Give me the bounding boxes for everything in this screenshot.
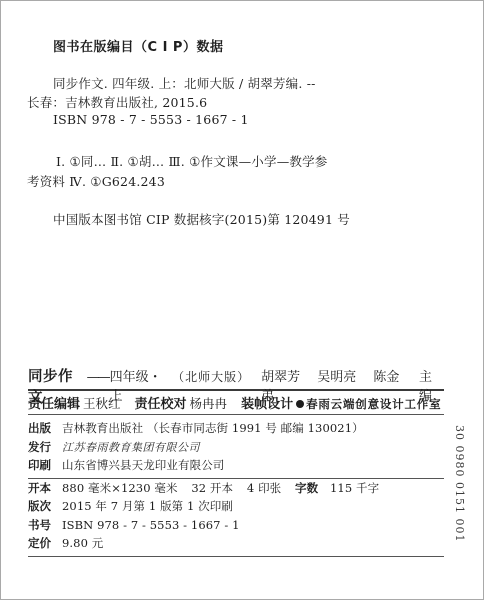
info-row-isbn: 书号 ISBN 978 - 7 - 5553 - 1667 - 1 — [28, 517, 444, 536]
word-count-label: 字数 — [295, 481, 318, 495]
cip-line-title: 同步作文. 四年级. 上：北师大版 / 胡翠芳编. -- — [53, 74, 316, 92]
info-row-publisher: 出版 吉林教育出版社 （长春市同志街 1991 号 邮编 130021） — [28, 420, 444, 439]
author: 吴明亮 — [317, 370, 356, 385]
side-serial-number: 30 0980 0151 001 — [453, 425, 466, 542]
info-label: 版次 — [28, 498, 62, 514]
info-row-printer: 印刷 山东省博兴县天龙印业有限公司 — [28, 457, 444, 476]
cip-line-publisher: 长春：吉林教育出版社, 2015.6 — [27, 93, 207, 111]
info-value: 2015 年 7 月第 1 版第 1 次印刷 — [62, 498, 233, 514]
credit-label-proofreader: 责任校对 — [135, 393, 187, 412]
word-count: 115 千字 — [330, 481, 379, 495]
credit-value-proofreader: 杨冉冉 — [190, 394, 228, 412]
info-value: 9.80 元 — [62, 535, 103, 551]
info-label: 开本 — [28, 480, 62, 496]
divider — [28, 478, 444, 479]
colophon-title: 同步作文 —— 四年级・上 （北师大版） 胡翠芳 吴明亮 陈金弟 主编 — [28, 365, 444, 387]
info-value: 880 毫米×1230 毫米 32 开本 4 印张 字数 115 千字 — [62, 480, 379, 496]
info-value: 吉林教育出版社 （长春市同志街 1991 号 邮编 130021） — [62, 420, 364, 436]
colophon: 同步作文 —— 四年级・上 （北师大版） 胡翠芳 吴明亮 陈金弟 主编 责任编辑… — [28, 365, 444, 558]
author: 胡翠芳 — [261, 370, 300, 385]
credit-label-design: 装帧设计 — [241, 393, 293, 412]
design-logo-icon — [296, 400, 304, 408]
info-label: 书号 — [28, 517, 62, 533]
info-value: ISBN 978 - 7 - 5553 - 1667 - 1 — [62, 518, 240, 532]
info-label: 定价 — [28, 535, 62, 551]
title-dash: —— — [87, 370, 109, 385]
divider — [28, 556, 444, 557]
credit-value-editor: 王秋红 — [83, 394, 121, 412]
info-label: 印刷 — [28, 457, 62, 473]
info-row-edition: 版次 2015 年 7 月第 1 版第 1 次印刷 — [28, 498, 444, 517]
info-row-format: 开本 880 毫米×1230 毫米 32 开本 4 印张 字数 115 千字 — [28, 480, 444, 499]
book-edition: （北师大版） — [172, 368, 247, 385]
format-kai: 32 开本 — [191, 481, 233, 495]
info-value: 江苏春雨教育集团有限公司 — [62, 439, 200, 455]
cip-line-classification-cont: 考资料 Ⅳ. ①G624.243 — [27, 172, 165, 190]
info-value: 山东省博兴县天龙印业有限公司 — [62, 457, 224, 473]
format-size: 880 毫米×1230 毫米 — [62, 481, 178, 495]
info-row-price: 定价 9.80 元 — [28, 535, 444, 554]
credit-value-design: 春雨云端创意设计工作室 — [306, 396, 441, 412]
cip-line-classification: Ⅰ. ①同… Ⅱ. ①胡… Ⅲ. ①作文课—小学—教学参 — [56, 152, 328, 170]
info-row-distributor: 发行 江苏春雨教育集团有限公司 — [28, 439, 444, 458]
format-sheets: 4 印张 — [247, 481, 281, 495]
cip-line-isbn: ISBN 978 - 7 - 5553 - 1667 - 1 — [53, 112, 249, 127]
cip-heading: 图书在版编目（C I P）数据 — [53, 36, 223, 55]
cip-line-record-number: 中国版本图书馆 CIP 数据核字(2015)第 120491 号 — [53, 210, 350, 228]
divider — [28, 414, 444, 415]
credit-label-editor: 责任编辑 — [28, 393, 80, 412]
info-label: 出版 — [28, 420, 62, 436]
info-label: 发行 — [28, 439, 62, 455]
